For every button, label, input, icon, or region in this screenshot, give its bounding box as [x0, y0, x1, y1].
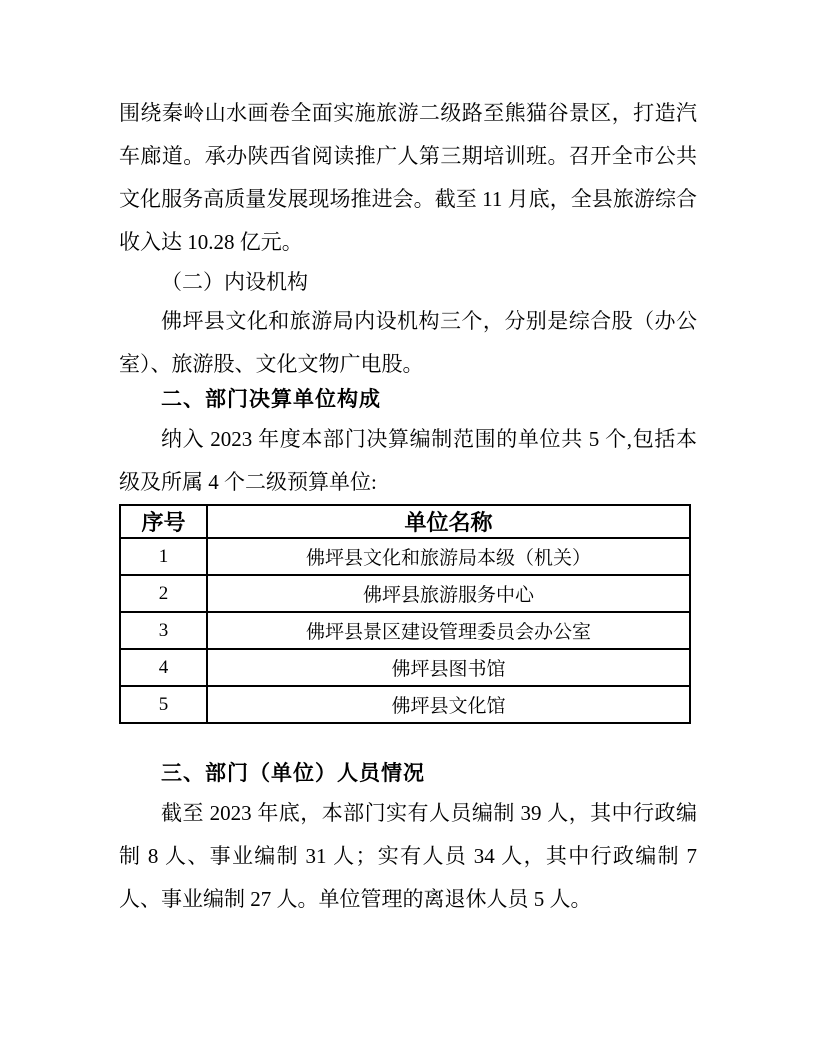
paragraph-internal-orgs: 佛坪县文化和旅游局内设机构三个，分别是综合股（办公室）、旅游股、文化文物广电股。: [119, 300, 697, 386]
unit-name-cell: 佛坪县文化和旅游局本级（机关）: [207, 538, 690, 575]
document-page: 围绕秦岭山水画卷全面实施旅游二级路至熊猫谷景区，打造汽车廊道。承办陕西省阅读推广…: [0, 0, 816, 1056]
table-row: 5 佛坪县文化馆: [120, 686, 690, 723]
paragraph-budget-scope: 纳入 2023 年度本部门决算编制范围的单位共 5 个,包括本级及所属 4 个二…: [119, 418, 697, 504]
table-header-row: 序号 单位名称: [120, 505, 690, 538]
paragraph-tourism-summary: 围绕秦岭山水画卷全面实施旅游二级路至熊猫谷景区，打造汽车廊道。承办陕西省阅读推广…: [119, 92, 697, 264]
table-header-unit-name: 单位名称: [207, 505, 690, 538]
row-number-cell: 1: [120, 538, 207, 575]
row-number-cell: 3: [120, 612, 207, 649]
table-row: 2 佛坪县旅游服务中心: [120, 575, 690, 612]
unit-name-cell: 佛坪县图书馆: [207, 649, 690, 686]
table-header-index: 序号: [120, 505, 207, 538]
table-row: 1 佛坪县文化和旅游局本级（机关）: [120, 538, 690, 575]
row-number-cell: 2: [120, 575, 207, 612]
table-row: 4 佛坪县图书馆: [120, 649, 690, 686]
unit-name-cell: 佛坪县文化馆: [207, 686, 690, 723]
section-heading-personnel: 三、部门（单位）人员情况: [119, 756, 697, 792]
row-number-cell: 5: [120, 686, 207, 723]
section-heading-budget-units: 二、部门决算单位构成: [119, 382, 697, 418]
table-row: 3 佛坪县景区建设管理委员会办公室: [120, 612, 690, 649]
paragraph-personnel: 截至 2023 年底，本部门实有人员编制 39 人，其中行政编制 8 人、事业编…: [119, 792, 697, 921]
budget-units-table: 序号 单位名称 1 佛坪县文化和旅游局本级（机关） 2 佛坪县旅游服务中心 3 …: [119, 504, 691, 724]
row-number-cell: 4: [120, 649, 207, 686]
unit-name-cell: 佛坪县旅游服务中心: [207, 575, 690, 612]
unit-name-cell: 佛坪县景区建设管理委员会办公室: [207, 612, 690, 649]
subsection-heading-internal-orgs: （二）内设机构: [119, 264, 697, 300]
